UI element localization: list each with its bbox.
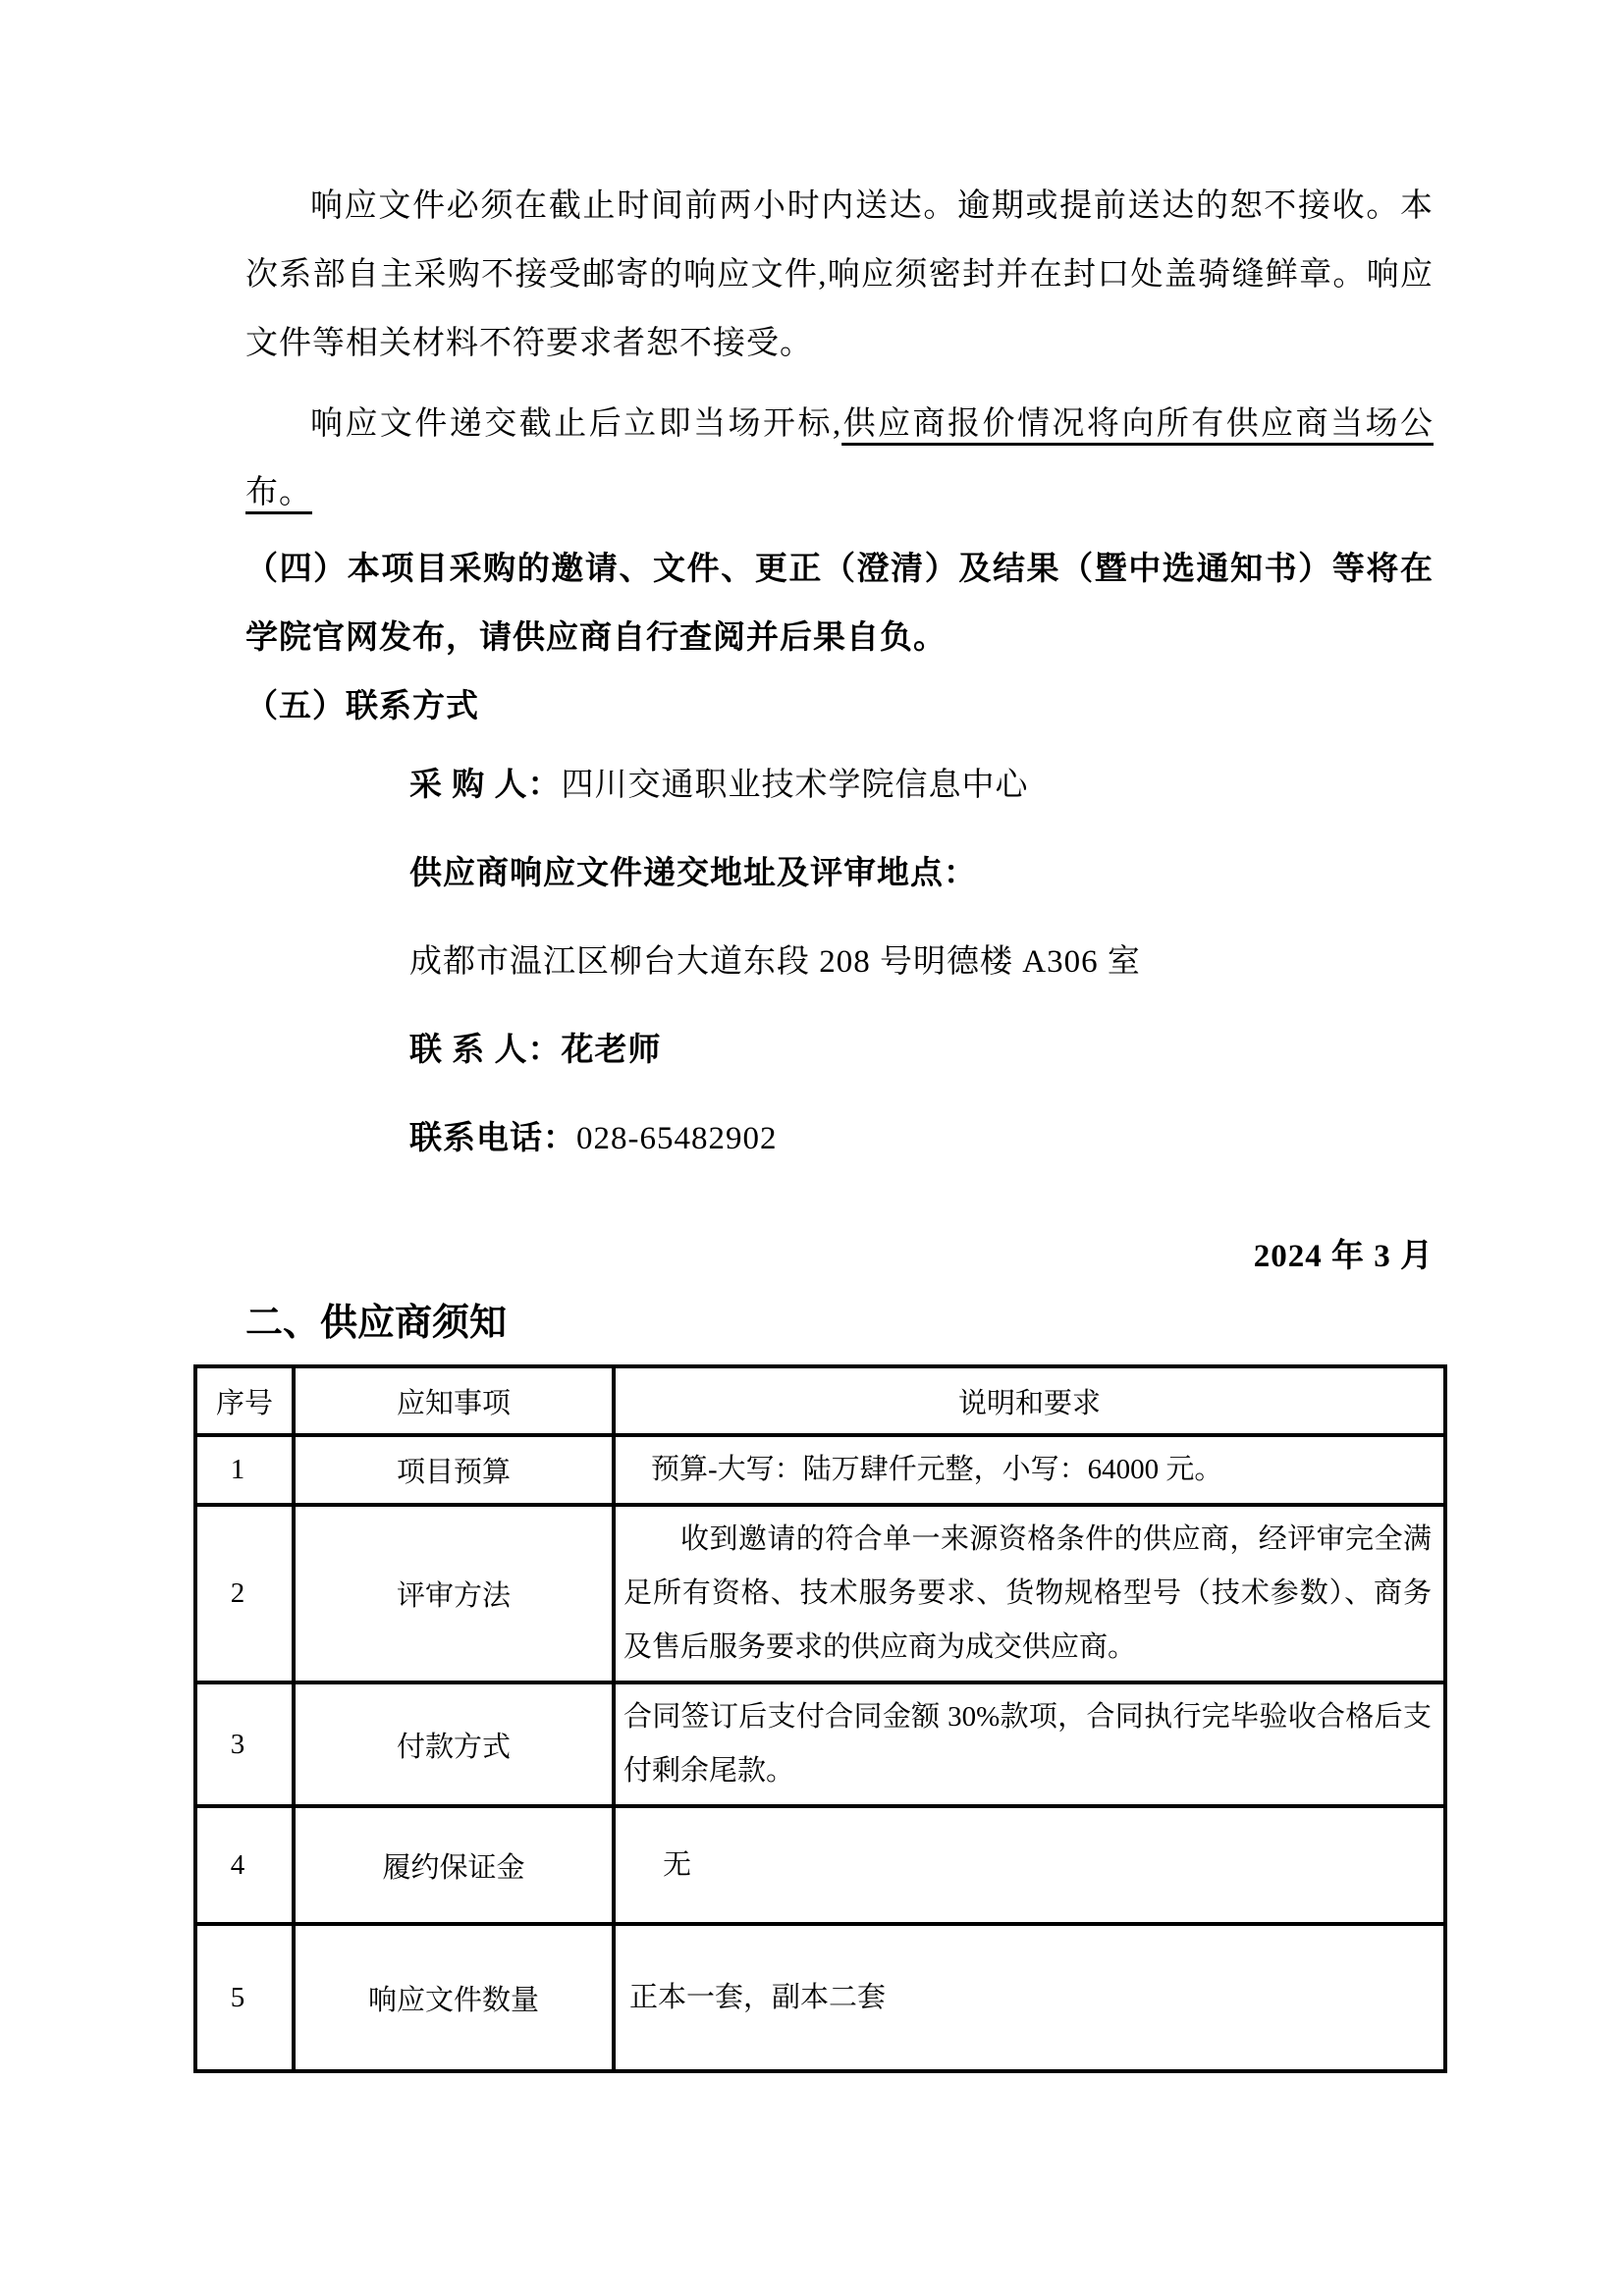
- row-description: 预算-大写：陆万肆仟元整，小写：64000 元。: [614, 1435, 1445, 1505]
- row-item-label: 响应文件数量: [294, 1924, 614, 2071]
- contact-phone-value: 028-65482902: [576, 1121, 778, 1156]
- table-row-performance-bond: 4 履约保证金 无: [195, 1806, 1445, 1924]
- submission-address-value: 成都市温江区柳台大道东段 208 号明德楼 A306 室: [409, 928, 1434, 996]
- bid-opening-prefix-text: 响应文件递交截止后立即当场开标,: [310, 406, 841, 442]
- paragraph-delivery-requirements: 响应文件必须在截止时间前两小时内送达。逾期或提前送达的恕不接收。本次系部自主采购…: [245, 172, 1434, 378]
- document-page: 响应文件必须在截止时间前两小时内送达。逾期或提前送达的恕不接收。本次系部自主采购…: [0, 0, 1624, 2296]
- header-description: 说明和要求: [614, 1366, 1445, 1435]
- contact-person-value: 花老师: [562, 1033, 662, 1068]
- contact-phone-line: 联系电话：028-65482902: [409, 1104, 1434, 1173]
- row-item-label: 项目预算: [294, 1435, 614, 1505]
- buyer-value: 四川交通职业技术学院信息中心: [562, 768, 1029, 803]
- row-description: 合同签订后支付合同金额 30%款项，合同执行完毕验收合格后支付剩余尾款。: [614, 1682, 1445, 1806]
- section-5-contact-heading: （五）联系方式: [245, 672, 1434, 741]
- supplier-notice-table: 序号 应知事项 说明和要求 1 项目预算 预算-大写：陆万肆仟元整，小写：640…: [193, 1364, 1447, 2073]
- table-row-project-budget: 1 项目预算 预算-大写：陆万肆仟元整，小写：64000 元。: [195, 1435, 1445, 1505]
- header-serial-number: 序号: [195, 1366, 294, 1435]
- buyer-line: 采 购 人：四川交通职业技术学院信息中心: [409, 751, 1434, 820]
- row-number: 1: [195, 1435, 294, 1505]
- document-date: 2024 年 3 月: [245, 1222, 1434, 1291]
- paragraph-bid-opening: 响应文件递交截止后立即当场开标,供应商报价情况将向所有供应商当场公布。: [245, 390, 1434, 527]
- row-number: 4: [195, 1806, 294, 1924]
- row-number: 3: [195, 1682, 294, 1806]
- row-number: 2: [195, 1505, 294, 1682]
- contact-person-label: 联 系 人：: [409, 1033, 562, 1068]
- supplier-notice-heading: 二、供应商须知: [245, 1297, 1434, 1351]
- contact-person-line: 联 系 人：花老师: [409, 1016, 1434, 1085]
- row-number: 5: [195, 1924, 294, 2071]
- document-content: 响应文件必须在截止时间前两小时内送达。逾期或提前送达的恕不接收。本次系部自主采购…: [245, 172, 1434, 2073]
- table-row-evaluation-method: 2 评审方法 收到邀请的符合单一来源资格条件的供应商，经评审完全满足所有资格、技…: [195, 1505, 1445, 1682]
- table-header-row: 序号 应知事项 说明和要求: [195, 1366, 1445, 1435]
- table-row-payment-method: 3 付款方式 合同签订后支付合同金额 30%款项，合同执行完毕验收合格后支付剩余…: [195, 1682, 1445, 1806]
- section-4-publication-notice: （四）本项目采购的邀请、文件、更正（澄清）及结果（暨中选通知书）等将在学院官网发…: [245, 535, 1434, 672]
- submission-address-label: 供应商响应文件递交地址及评审地点：: [409, 839, 1434, 908]
- row-description: 收到邀请的符合单一来源资格条件的供应商，经评审完全满足所有资格、技术服务要求、货…: [614, 1505, 1445, 1682]
- header-notice-item: 应知事项: [294, 1366, 614, 1435]
- contact-info-block: 采 购 人：四川交通职业技术学院信息中心 供应商响应文件递交地址及评审地点： 成…: [409, 751, 1434, 1173]
- row-description: 无: [614, 1806, 1445, 1924]
- row-item-label: 付款方式: [294, 1682, 614, 1806]
- buyer-label: 采 购 人：: [409, 768, 562, 803]
- row-item-label: 评审方法: [294, 1505, 614, 1682]
- table-row-response-document-count: 5 响应文件数量 正本一套，副本二套: [195, 1924, 1445, 2071]
- contact-phone-label: 联系电话：: [409, 1121, 576, 1156]
- row-description: 正本一套，副本二套: [614, 1924, 1445, 2071]
- row-item-label: 履约保证金: [294, 1806, 614, 1924]
